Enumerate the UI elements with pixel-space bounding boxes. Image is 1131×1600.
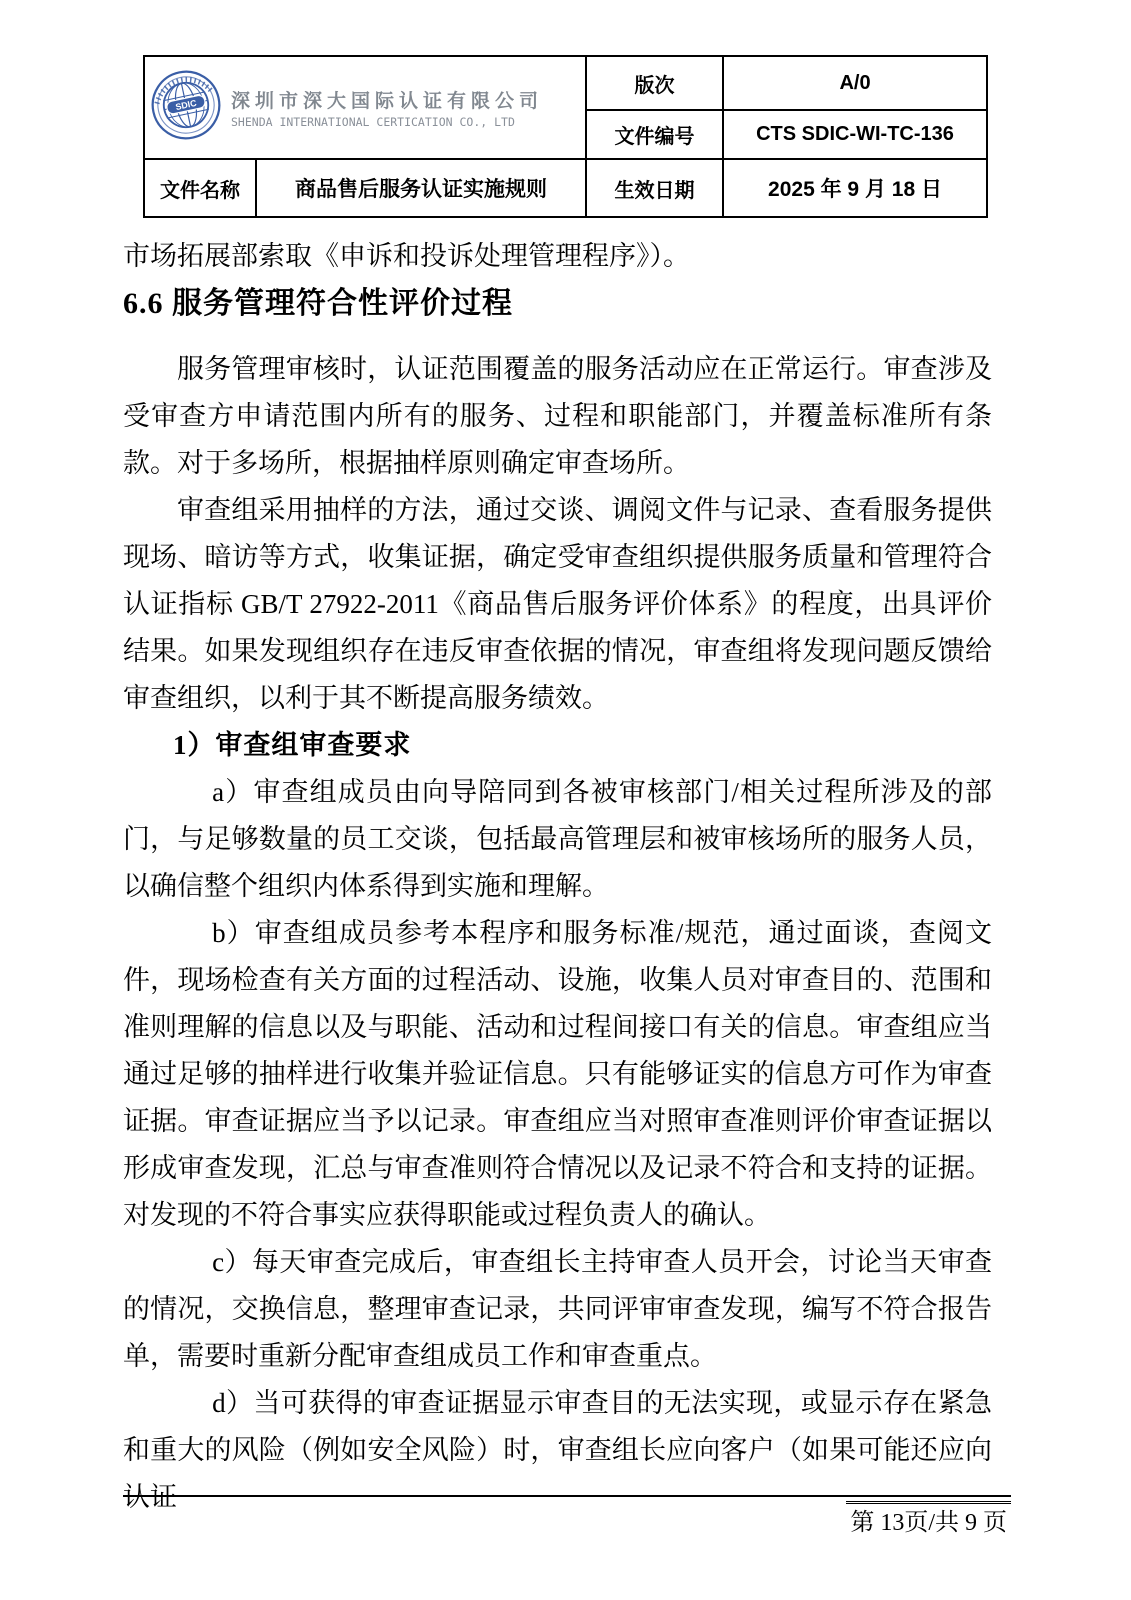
page-footer: 第 13页/共 9 页 — [123, 1495, 1011, 1538]
effective-date-value: 2025 年 9 月 18 日 — [723, 159, 987, 217]
lead-line: 市场拓展部索取《申诉和投诉处理管理程序》）。 — [123, 233, 992, 279]
footer-divider — [123, 1495, 1011, 1497]
doc-name-label: 文件名称 — [144, 159, 256, 217]
page-number: 第 13页/共 9 页 — [846, 1501, 1011, 1538]
doc-number-value: CTS SDIC-WI-TC-136 — [723, 110, 987, 159]
version-value: A/0 — [723, 56, 987, 110]
company-name-cn: 深圳市深大国际认证有限公司 — [231, 86, 543, 113]
document-page: SDIC 深圳市深大国际认证有限公司 SHENDA INTERNATIONAL … — [0, 0, 1131, 1600]
paragraph-1: 服务管理审核时，认证范围覆盖的服务活动应在正常运行。审查涉及受审查方申请范围内所… — [123, 346, 992, 487]
company-logo-icon: SDIC — [149, 64, 223, 151]
version-label: 版次 — [586, 56, 723, 110]
doc-name-value: 商品售后服务认证实施规则 — [256, 159, 586, 217]
paragraph-2: 审查组采用抽样的方法，通过交谈、调阅文件与记录、查看服务提供现场、暗访等方式，收… — [123, 487, 992, 722]
subheading-audit-requirements: 1）审查组审查要求 — [123, 722, 992, 769]
document-header-table: SDIC 深圳市深大国际认证有限公司 SHENDA INTERNATIONAL … — [143, 55, 988, 218]
doc-number-label: 文件编号 — [586, 110, 723, 159]
company-name-en: SHENDA INTERNATIONAL CERTICATION CO., LT… — [231, 115, 543, 129]
item-b: b）审查组成员参考本程序和服务标准/规范，通过面谈，查阅文件，现场检查有关方面的… — [123, 910, 992, 1239]
page-content: SDIC 深圳市深大国际认证有限公司 SHENDA INTERNATIONAL … — [123, 55, 992, 1521]
effective-date-label: 生效日期 — [586, 159, 723, 217]
item-a: a）审查组成员由向导陪同到各被审核部门/相关过程所涉及的部门，与足够数量的员工交… — [123, 769, 992, 910]
document-body: 市场拓展部索取《申诉和投诉处理管理程序》）。 6.6 服务管理符合性评价过程 服… — [123, 233, 992, 1521]
company-logo-cell: SDIC 深圳市深大国际认证有限公司 SHENDA INTERNATIONAL … — [144, 56, 586, 159]
item-c: c）每天审查完成后，审查组长主持审查人员开会，讨论当天审查的情况，交换信息，整理… — [123, 1239, 992, 1380]
section-heading: 6.6 服务管理符合性评价过程 — [123, 283, 992, 325]
